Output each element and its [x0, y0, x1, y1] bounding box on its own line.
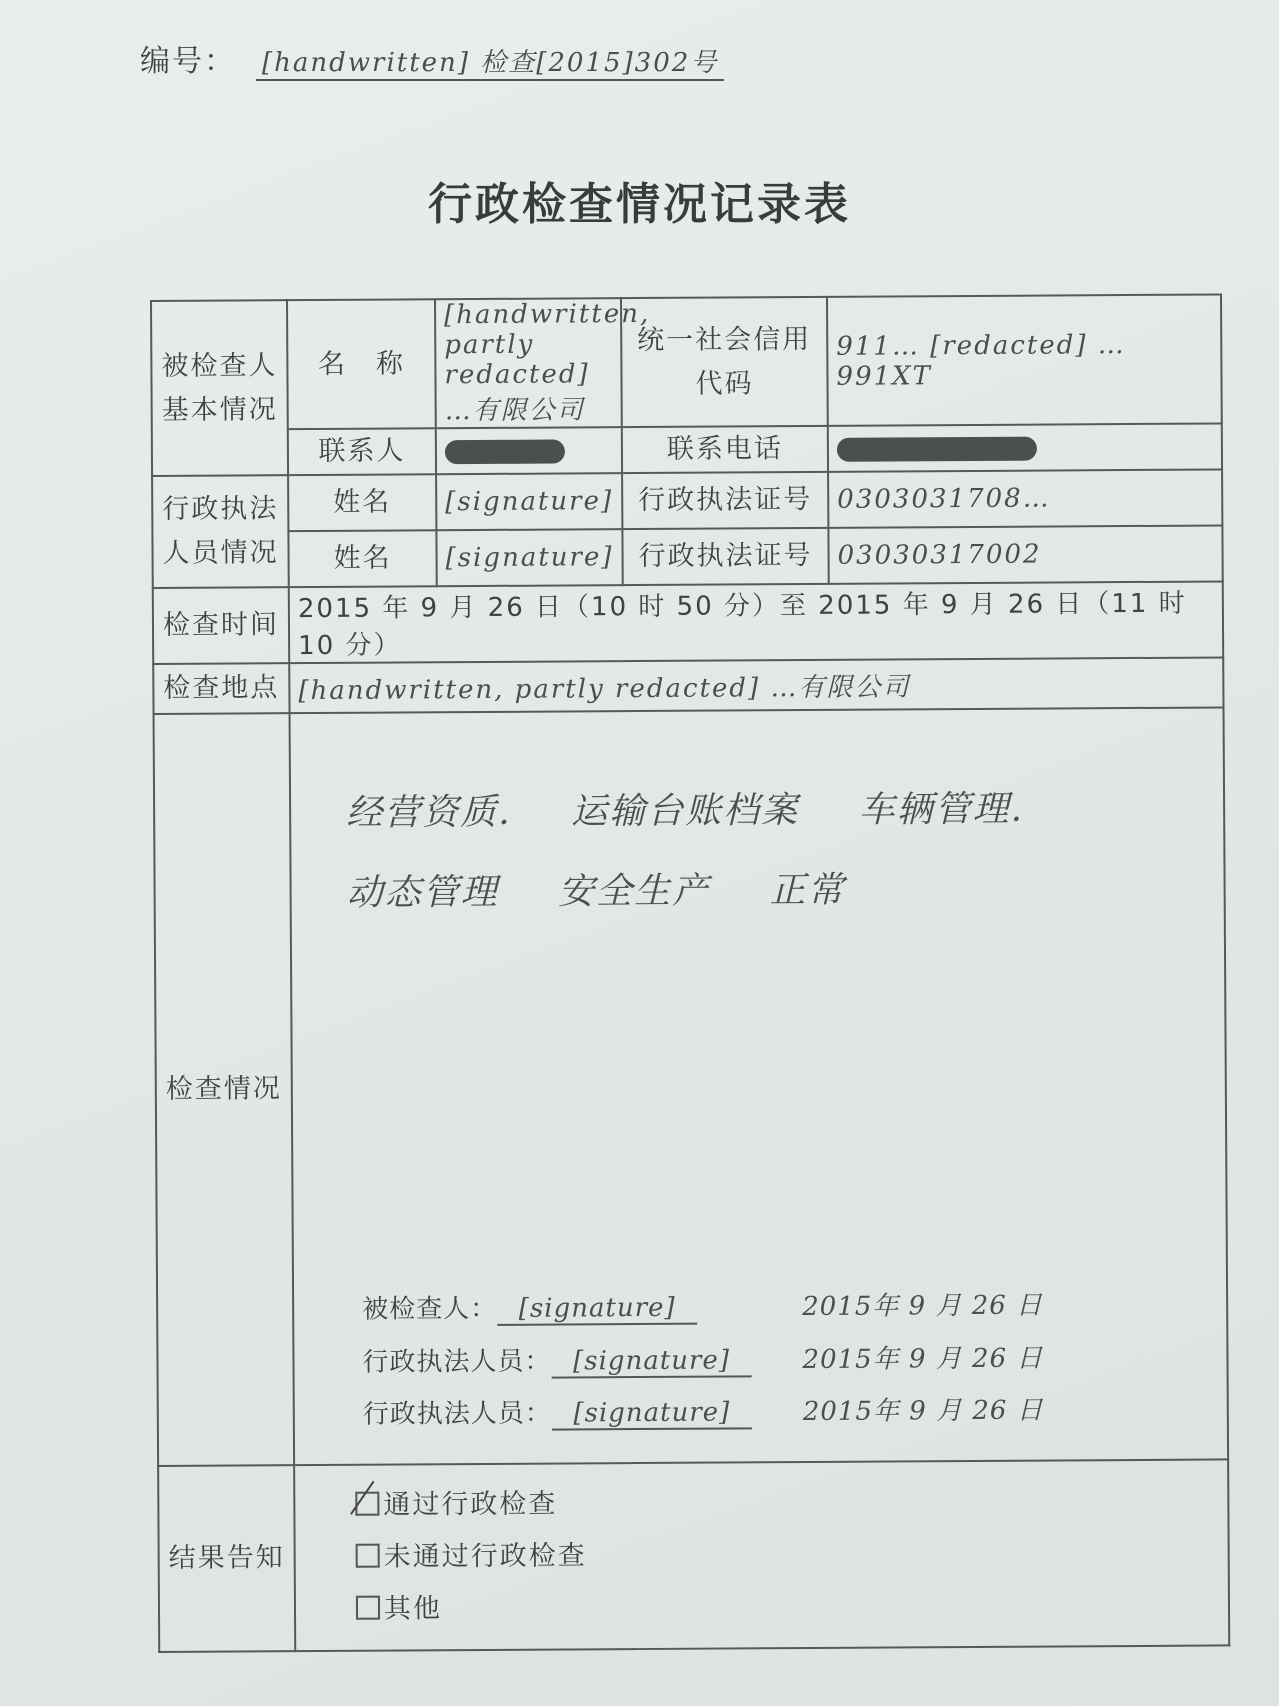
- signature-date: 2015年 9 月 26 日: [803, 1389, 1083, 1428]
- serial-value: [handwritten] 检查[2015]302号: [256, 42, 724, 81]
- result-option-other[interactable]: 其他: [356, 1578, 1228, 1635]
- inspection-place-value: [handwritten, partly redacted] …有限公司: [289, 657, 1223, 713]
- credit-code-value: 911… [redacted] …991XT: [827, 294, 1222, 425]
- inspection-place-label: 检查地点: [153, 663, 289, 714]
- officers-section-label: 行政执法人员情况: [152, 475, 289, 588]
- checkbox-icon[interactable]: [356, 1544, 380, 1568]
- finding-note: 车辆管理.: [858, 789, 1024, 831]
- signature-date: 2015年 9 月 26 日: [802, 1337, 1082, 1376]
- inspection-time-value: 2015 年 9 月 26 日（10 时 50 分）至 2015 年 9 月 2…: [289, 581, 1223, 663]
- signature: [signature]: [551, 1345, 751, 1378]
- signature-date: 2015年 9 月 26 日: [802, 1284, 1082, 1323]
- officer-name-label: 姓名: [288, 530, 436, 587]
- credit-code-label: 统一社会信用代码: [621, 297, 828, 427]
- finding-note: 运输台账档案: [571, 790, 799, 832]
- inspection-record-form: 被检查人基本情况 名 称 [handwritten, partly redact…: [150, 293, 1230, 1653]
- result-label: 结果告知: [158, 1465, 295, 1652]
- finding-note: 经营资质.: [346, 792, 512, 834]
- phone-label: 联系电话: [622, 426, 828, 473]
- inspection-time-label: 检查时间: [153, 587, 289, 664]
- officer-id-label: 行政执法证号: [622, 528, 828, 585]
- checkbox-checked-icon[interactable]: [355, 1492, 379, 1516]
- findings-label: 检查情况: [154, 713, 295, 1466]
- checkbox-icon[interactable]: [356, 1596, 380, 1620]
- serial-label: 编号：: [140, 44, 236, 79]
- signature-line-inspected-party: 被检查人：[signature] 2015年 9 月 26 日: [362, 1287, 697, 1327]
- finding-note: 安全生产: [558, 871, 710, 913]
- officer-name-value: [signature]: [436, 473, 622, 530]
- serial-number: 编号：[handwritten] 检查[2015]302号: [140, 36, 724, 81]
- findings-notes: 经营资质. 运输台账档案 车辆管理. 动态管理 安全生产 正常: [346, 769, 1107, 934]
- contact-label: 联系人: [288, 428, 436, 475]
- redaction-mark: [837, 436, 1037, 461]
- result-option-passed[interactable]: 通过行政检查: [355, 1474, 1227, 1531]
- finding-note: 动态管理: [347, 872, 499, 914]
- phone-value: [828, 423, 1222, 471]
- officer-id-label: 行政执法证号: [622, 472, 828, 529]
- signature: [signature]: [552, 1397, 752, 1430]
- result-options: 通过行政检查 未通过行政检查 其他: [294, 1459, 1229, 1651]
- findings-area: 经营资质. 运输台账档案 车辆管理. 动态管理 安全生产 正常 被检查人：[si…: [290, 707, 1229, 1465]
- officer-name-label: 姓名: [288, 474, 436, 531]
- finding-note: 正常: [769, 870, 845, 911]
- signature-line-officer-2: 行政执法人员：[signature] 2015年 9 月 26 日: [363, 1391, 752, 1431]
- signature: [signature]: [497, 1293, 697, 1326]
- officer-id-value: 0303031708…: [828, 469, 1222, 527]
- result-option-failed[interactable]: 未通过行政检查: [356, 1526, 1228, 1583]
- inspected-party-section-label: 被检查人基本情况: [151, 300, 288, 476]
- company-name-value: [handwritten, partly redacted] …有限公司: [435, 298, 622, 428]
- redaction-mark: [445, 439, 565, 464]
- contact-value: [436, 427, 622, 474]
- officer-name-value: [signature]: [436, 529, 622, 586]
- signature-line-officer-1: 行政执法人员：[signature] 2015年 9 月 26 日: [362, 1339, 751, 1379]
- page-title: 行政检查情况记录表: [0, 168, 1279, 232]
- officer-id-value: 03030317002: [828, 525, 1222, 583]
- name-label: 名 称: [287, 299, 436, 429]
